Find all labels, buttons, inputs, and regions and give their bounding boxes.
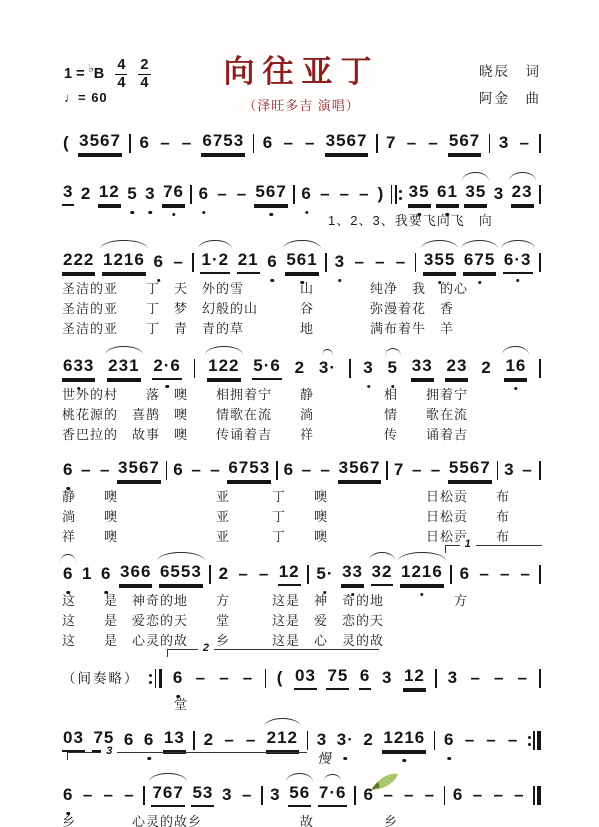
note-token: 2 [362, 730, 374, 752]
barline [415, 253, 417, 272]
barline [489, 134, 491, 153]
sheet-music-page: 1 = ♭B 4 4 2 4 ♩= 60 向往亚丁 （泽旺多吉 演唱） 晓辰 词… [0, 0, 599, 827]
lyrics-line: 这 是 爱恋的天 堂 这是 爱 恋的天 [62, 611, 541, 631]
sheet-header: 1 = ♭B 4 4 2 4 ♩= 60 向往亚丁 （泽旺多吉 演唱） 晓辰 词… [62, 46, 541, 114]
repeat-end-barline [149, 669, 162, 688]
note-token: 2 [218, 564, 230, 586]
dash-note: – [98, 460, 112, 482]
dash-note: – [79, 460, 93, 482]
barline [307, 565, 309, 584]
note-token: 633 [62, 356, 95, 380]
barline [192, 253, 194, 272]
ending-number: 2 [198, 642, 214, 654]
note-token: 7·6 [318, 783, 348, 807]
slur-arc [324, 774, 341, 781]
note-row: 161636665532––125·333212166––– [62, 561, 541, 586]
slur-arc [205, 346, 242, 355]
time-signature-1: 4 4 [115, 58, 127, 90]
slur-arc [421, 240, 458, 249]
note-token: 567 [448, 131, 481, 155]
bar [395, 185, 397, 204]
dot [528, 743, 531, 746]
low-octave-dot [157, 279, 161, 283]
dash-note: – [235, 184, 249, 206]
slur-arc [100, 240, 148, 249]
dash-note: – [478, 564, 492, 586]
note-token: 12 [403, 666, 426, 690]
system-1: (35676––67536––35677––5673– [62, 130, 541, 155]
dash-note: – [469, 668, 483, 690]
dash-note: – [237, 564, 251, 586]
barline [539, 565, 541, 584]
low-octave-dot [367, 385, 371, 389]
low-octave-dot [344, 757, 348, 761]
low-octave-dot [420, 593, 424, 597]
note-token: 5 [387, 358, 399, 380]
slur-arc [322, 349, 333, 356]
dash-note: – [353, 252, 367, 274]
dash-note: – [102, 785, 116, 807]
slur-arc [501, 240, 535, 249]
barline [193, 731, 195, 750]
note-token: 5·6 [252, 356, 282, 380]
note-row: 6332312·61225·623·353323216 [62, 355, 541, 380]
tempo-change-mark: 慢 [317, 747, 331, 767]
note-token: 561 [285, 250, 318, 274]
note-token: 675 [463, 250, 496, 274]
note-token: 6 [359, 666, 371, 690]
slur-arc [149, 773, 186, 782]
note-token: 122 [207, 356, 240, 380]
low-octave-dot [66, 591, 70, 595]
dash-note: – [423, 785, 437, 807]
note-token: 6 [152, 252, 164, 274]
dash-note: – [122, 785, 136, 807]
dash-note: – [485, 730, 499, 752]
dash-note: – [410, 460, 424, 482]
note-token: 2 [294, 358, 306, 380]
barline [325, 253, 327, 272]
dash-note: – [216, 184, 230, 206]
ending-bracket: 2 [167, 649, 379, 657]
barline [143, 786, 145, 805]
note-token: 35 [408, 182, 431, 206]
note-token: 2 [80, 184, 92, 206]
low-octave-dot [66, 812, 70, 816]
dash-note: – [282, 133, 296, 155]
note-token: 6 [172, 668, 184, 690]
dash-note: – [492, 785, 506, 807]
note-token: 6 [459, 564, 471, 586]
note-token: 3 [269, 785, 281, 807]
note-token: 5· [315, 564, 334, 586]
dash-note: – [194, 668, 208, 690]
lyrics-line: 圣洁的亚 丁 青 青的草 地 满布着牛 羊 [62, 319, 541, 339]
low-octave-dot [446, 213, 450, 217]
note-token: 1 [81, 564, 93, 586]
slur-arc [198, 240, 232, 249]
note-token: 75 [326, 666, 349, 690]
note-token: 7 [393, 460, 405, 482]
barline [376, 134, 378, 153]
parenthesis: ( [276, 668, 285, 690]
low-octave-dot [269, 213, 273, 217]
barline [450, 565, 452, 584]
barline [444, 786, 446, 805]
dash-note: – [405, 133, 419, 155]
dash-note: – [402, 785, 416, 807]
note-token: 567 [254, 182, 287, 206]
bar [537, 786, 541, 805]
lyrics-line: 静 噢 亚 丁 噢 日松贡 布 [62, 487, 541, 507]
dash-note: – [303, 133, 317, 155]
dash-note: – [516, 668, 530, 690]
barline [539, 185, 541, 204]
note-token: 03 [62, 728, 85, 752]
note-token: 03 [294, 666, 317, 690]
barline [435, 669, 437, 688]
note-token: 6 [62, 785, 74, 807]
note-row: 3慢6–––767533–3567·66–––6––– [62, 782, 541, 807]
low-octave-dot [131, 211, 135, 215]
dash-note: – [208, 460, 222, 482]
lyrics-line: 这 是 神奇的地 方 这是 神 奇的地 方 [62, 591, 541, 611]
dash-note: – [244, 730, 258, 752]
note-token: 76 [162, 182, 185, 206]
note-token: 2·6 [152, 356, 182, 380]
dash-note: – [519, 564, 533, 586]
note-token: 56 [288, 783, 311, 807]
slur-arc [398, 552, 446, 561]
barline [265, 669, 267, 688]
slur-arc [509, 172, 536, 181]
note-token: 7 [385, 133, 397, 155]
note-token: 3 [498, 133, 510, 155]
slur-arc [157, 552, 205, 561]
low-octave-dot [514, 387, 518, 391]
slur-arc [385, 348, 401, 357]
low-octave-dot [417, 213, 421, 217]
dash-note: – [373, 252, 387, 274]
low-octave-dot [478, 281, 482, 285]
note-token: 33 [341, 562, 364, 586]
dash-note: – [241, 668, 255, 690]
composer-credit: 阿金 曲 [479, 85, 541, 112]
slur-arc [264, 718, 301, 727]
lyrics-line: 世外的村 落 噢 相拥着宁 静 相 拥着宁 [62, 385, 541, 405]
note-token: 3 [62, 182, 74, 206]
note-row: 2（间奏略）6–––(037563123––– [62, 665, 541, 690]
dash-note: – [426, 133, 440, 155]
slur-arc [502, 346, 529, 355]
note-token: 32 [371, 562, 394, 586]
system-4: 6332312·61225·623·353323216世外的村 落 噢 相拥着宁… [62, 355, 541, 445]
lyrics-line: 1、2、3、我要飞向飞 向 [62, 211, 541, 231]
barline [354, 786, 356, 805]
note-token: 12 [278, 562, 301, 586]
dash-note: – [300, 460, 314, 482]
repeat-dots [399, 190, 402, 200]
lyrics-line: 乡 心灵的故乡 故 乡 [62, 812, 541, 827]
barline [253, 134, 255, 153]
note-token: 33 [411, 356, 434, 380]
note-token: 212 [266, 728, 299, 752]
low-octave-dot [447, 757, 451, 761]
dash-note: – [158, 133, 172, 155]
note-token: 61 [436, 182, 459, 206]
low-octave-dot [391, 385, 395, 389]
dot [149, 681, 152, 684]
dash-note: – [429, 460, 443, 482]
note-token: 1216 [382, 728, 426, 752]
note-token: 3· [318, 358, 337, 380]
parenthesis: ) [377, 184, 386, 206]
credits: 晓辰 词 阿金 曲 [479, 58, 541, 112]
note-token: 6 [139, 133, 151, 155]
note-token: 6 [123, 730, 135, 752]
dash-note: – [357, 184, 371, 206]
note-token: 1·2 [200, 250, 230, 274]
low-octave-dot [176, 695, 180, 699]
lyrics-line: 这 是 心灵的故 乡 这是 心 灵的故 [62, 631, 541, 651]
note-token: 3 [503, 460, 515, 482]
barline [386, 461, 388, 480]
note-row: 22212166–1·22165613–––3556756·3 [62, 249, 541, 274]
slur-arc [286, 773, 313, 782]
low-octave-dot [338, 279, 342, 283]
note-token: 5 [126, 184, 138, 206]
note-token: 6553 [159, 562, 203, 586]
bar [155, 669, 157, 688]
dash-note: – [506, 730, 520, 752]
slur-arc [283, 240, 320, 249]
note-row: 321253766––5676–––)356135323 [62, 181, 541, 206]
barline [434, 731, 436, 750]
low-octave-dot [438, 281, 442, 285]
dash-note: – [180, 133, 194, 155]
dash-note: – [394, 252, 408, 274]
note-token: 3 [334, 252, 346, 274]
system-6: 161636665532––125·333212166–––这 是 神奇的地 方… [62, 561, 541, 651]
low-octave-dot [202, 211, 206, 215]
barline [539, 253, 541, 272]
dot [399, 190, 402, 193]
note-token: 231 [107, 356, 140, 380]
note-token: 355 [423, 250, 456, 274]
dash-note: – [471, 785, 485, 807]
note-token: 6 [443, 730, 455, 752]
interlude-label: （间奏略） [62, 667, 140, 687]
dash-note: – [240, 785, 254, 807]
lyrics-line: 桃花源的 喜鹊 噢 情歌在流 淌 情 歌在流 [62, 405, 541, 425]
system-9: 3慢6–––767533–3567·66–––6–––乡 心灵的故乡 故 乡 [62, 782, 541, 827]
slur-arc [369, 552, 396, 561]
leaf-icon [368, 770, 400, 793]
dash-note: – [520, 460, 534, 482]
dot [528, 736, 531, 739]
note-token: 3567 [338, 458, 382, 482]
note-token: 5567 [448, 458, 492, 482]
ending-number: 3 [101, 745, 117, 757]
note-token: 6 [62, 564, 74, 586]
note-row: (35676––67536––35677––5673– [62, 130, 541, 155]
barline [209, 565, 211, 584]
note-token: 3 [493, 184, 505, 206]
system-2: 321253766––5676–––)356135323 1、2、3、我要飞向飞… [62, 181, 541, 231]
note-token: 12 [98, 182, 121, 206]
note-token: 6 [262, 133, 274, 155]
note-token: 6 [100, 564, 112, 586]
note-token: 6753 [227, 458, 271, 482]
lyricist-credit: 晓辰 词 [479, 58, 541, 85]
tempo-mark: ♩= 60 [64, 90, 108, 105]
note-token: 21 [237, 250, 260, 274]
barline [307, 731, 309, 750]
note-token: 3567 [78, 131, 122, 155]
key-letter: B [94, 66, 104, 82]
dash-note: – [518, 133, 532, 155]
final-barline [533, 786, 541, 805]
note-token: 6753 [201, 131, 245, 155]
time-signature-2: 2 4 [138, 58, 150, 90]
note-token: 3567 [117, 458, 161, 482]
repeat-start-barline [391, 185, 402, 204]
lyrics-line: 香巴拉的 故事 噢 传诵着吉 祥 传 诵着吉 [62, 425, 541, 445]
bar [533, 786, 535, 805]
note-token: 6 [452, 785, 464, 807]
dash-note: – [319, 460, 333, 482]
dash-note: – [512, 785, 526, 807]
low-octave-dot [149, 211, 153, 215]
music-systems: (35676––67536––35677––5673–321253766––56… [62, 130, 541, 827]
note-token: 1216 [102, 250, 146, 274]
dash-note: – [257, 564, 271, 586]
note-token: 1216 [400, 562, 444, 586]
dash-note: – [318, 184, 332, 206]
note-token: 3 [144, 184, 156, 206]
bar [533, 731, 535, 750]
note-token: 3567 [325, 131, 369, 155]
system-3: 22212166–1·22165613–––3556756·3圣洁的亚 丁 天 … [62, 249, 541, 339]
bar [391, 185, 393, 204]
dash-note: – [463, 730, 477, 752]
key-prefix: 1 = [64, 66, 85, 82]
note-row: 037566132––21233·212166––– [62, 727, 541, 752]
low-octave-dot [77, 387, 81, 391]
dash-note: – [492, 668, 506, 690]
note-token: 366 [119, 562, 152, 586]
note-token: 3 [362, 358, 374, 380]
performer-subtitle: （泽旺多吉 演唱） [62, 95, 541, 114]
note-token: 3 [447, 668, 459, 690]
note-token: 6 [283, 460, 295, 482]
dash-note: – [498, 564, 512, 586]
dash-note: – [172, 252, 186, 274]
repeat-dots [528, 736, 531, 746]
note-token: 13 [163, 728, 186, 752]
barline [276, 461, 278, 480]
low-octave-dot [165, 385, 169, 389]
parenthesis: ( [62, 133, 71, 155]
key-signature: 1 = ♭B 4 4 2 4 [64, 58, 151, 90]
barline [190, 185, 192, 204]
lyrics-line: 圣洁的亚 丁 梦 幻般的山 谷 弥漫着花 香 [62, 299, 541, 319]
low-octave-dot [516, 279, 520, 283]
slur-arc [60, 554, 76, 563]
barline [349, 359, 351, 378]
slur-arc [462, 172, 489, 181]
note-token: 6 [62, 460, 74, 482]
low-octave-dot [300, 281, 304, 285]
note-row: 6––35676––67536––35677––55673– [62, 457, 541, 482]
note-token: 23 [511, 182, 534, 206]
ending-bracket: 3慢 [67, 752, 308, 760]
note-token: 35 [464, 182, 487, 206]
dash-note: – [223, 730, 237, 752]
slur-arc [461, 240, 498, 249]
barline [539, 359, 541, 378]
note-token: 6 [198, 184, 210, 206]
lyrics-line: 淌 噢 亚 丁 噢 日松贡 布 [62, 507, 541, 527]
note-token: 222 [62, 250, 95, 274]
dot [149, 674, 152, 677]
note-token: 23 [445, 356, 468, 380]
barline [539, 134, 541, 153]
low-octave-dot [305, 211, 309, 215]
low-octave-dot [66, 487, 70, 491]
system-8: 037566132––21233·212166––– [62, 727, 541, 752]
note-token: 3· [336, 730, 355, 752]
repeat-dots [149, 674, 152, 684]
barline [497, 461, 499, 480]
slur-arc [105, 346, 142, 355]
note-token: 6 [266, 252, 278, 274]
low-octave-dot [172, 213, 176, 217]
low-octave-dot [105, 591, 109, 595]
note-token: 6 [172, 460, 184, 482]
note-token: 16 [504, 356, 527, 380]
barline [166, 461, 168, 480]
note-token: 3 [381, 668, 393, 690]
low-octave-dot [403, 759, 407, 763]
dash-note: – [217, 668, 231, 690]
note-token: 767 [151, 783, 184, 807]
barline [539, 669, 541, 688]
barline [261, 786, 263, 805]
note-token: 2 [203, 730, 215, 752]
repeat-end-barline [528, 731, 541, 750]
dot [399, 197, 402, 200]
note-token: 3 [221, 785, 233, 807]
note-token: 2 [480, 358, 492, 380]
system-7: 2（间奏略）6–––(037563123––– 堂 [62, 665, 541, 715]
low-octave-dot [351, 593, 355, 597]
dash-note: – [338, 184, 352, 206]
note-token: 6 [300, 184, 312, 206]
low-octave-dot [323, 591, 327, 595]
barline [129, 134, 131, 153]
barline [293, 185, 295, 204]
note-token: 53 [191, 783, 214, 807]
barline [194, 359, 196, 378]
note-token: 6 [143, 730, 155, 752]
ending-bracket: 1 [445, 545, 542, 553]
dash-note: – [81, 785, 95, 807]
lyrics-line: 堂 [62, 695, 541, 715]
barline [539, 461, 541, 480]
bar [159, 669, 163, 688]
bar [537, 731, 541, 750]
